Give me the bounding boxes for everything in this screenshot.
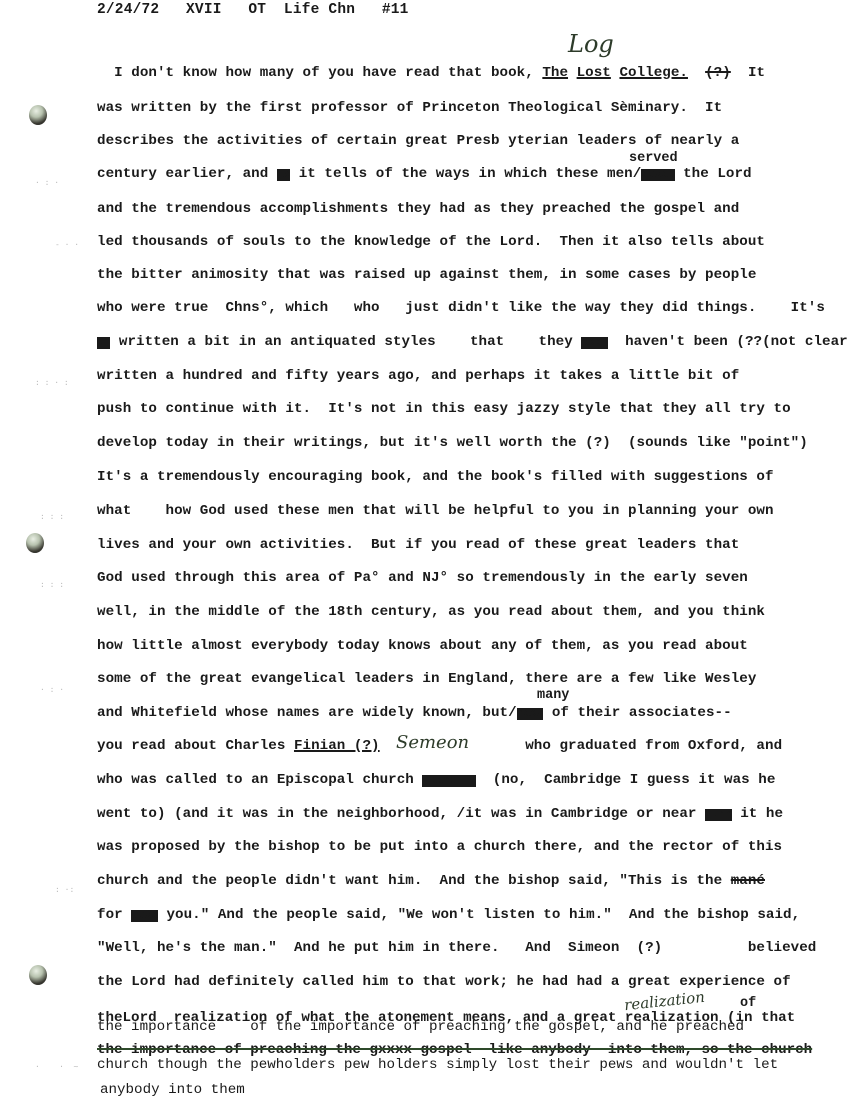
text-line: It's a tremendously encouraging book, an… xyxy=(97,469,774,485)
inserted-many: many xyxy=(537,688,569,703)
text-line: was proposed by the bishop to be put int… xyxy=(97,839,782,855)
overlap-line-d: church though the pewholders pew holders… xyxy=(97,1057,778,1073)
text-line: led thousands of souls to the knowledge … xyxy=(97,234,765,250)
overlap-line-c-struck: the importance of preaching the gxxxx go… xyxy=(97,1042,812,1058)
text-line: describes the activities of certain grea… xyxy=(97,133,739,149)
overlap-line-e: anybody into them xyxy=(100,1082,245,1098)
typed-over-word: xxxxx xyxy=(641,169,674,181)
typed-over-word: ithm xyxy=(705,809,732,821)
margin-speck: : : : xyxy=(40,580,64,589)
text-line: well, in the middle of the 18th century,… xyxy=(97,604,765,620)
typed-over-word: mxxx xyxy=(517,708,544,720)
margin-speck: · : · xyxy=(35,178,59,187)
text-line: push to continue with it. It's not in th… xyxy=(97,401,791,417)
text-line: lives and your own activities. But if yo… xyxy=(97,537,739,553)
inserted-served: served xyxy=(629,151,678,166)
margin-speck: · : · xyxy=(40,685,64,694)
margin-speck: - · · xyxy=(55,240,79,249)
book-title-the: The xyxy=(542,65,568,81)
text-line: how little almost everybody today knows … xyxy=(97,638,748,654)
text-line: what how God used these men that will be… xyxy=(97,503,774,519)
text-line: I don't know how many of you have read t… xyxy=(97,65,765,81)
struck-word: Lost xyxy=(577,65,611,81)
typed-over-word: It xyxy=(97,337,110,349)
text-line: was written by the first professor of Pr… xyxy=(97,100,722,116)
punch-hole-top xyxy=(29,105,47,125)
text-line: who were true Chns°, which who just didn… xyxy=(97,300,825,316)
text-line: It written a bit in an antiquated styles… xyxy=(97,334,847,351)
typed-over-word: yxxx xyxy=(131,910,158,922)
text-line: church and the people didn't want him. A… xyxy=(97,873,765,889)
overlap-line-b: the importance of the importance of prea… xyxy=(97,1019,744,1035)
text-line: for yxxx you." And the people said, "We … xyxy=(97,907,800,924)
struck-word: mané xyxy=(731,873,765,889)
text-line: the Lord had definitely called him to th… xyxy=(97,974,791,990)
book-title-college: College. xyxy=(619,65,688,81)
document-header: 2/24/72 XVII OT Life Chn #11 xyxy=(97,2,409,18)
text-line: and the tremendous accomplishments they … xyxy=(97,201,739,217)
questioned-name: Finian (?) xyxy=(294,738,380,754)
text-line: written a hundred and fifty years ago, a… xyxy=(97,368,739,384)
text-line: "Well, he's the man." And he put him in … xyxy=(97,940,816,956)
punch-hole-bottom xyxy=(29,965,47,985)
margin-speck: : : · : xyxy=(35,378,69,387)
text-line: God used through this area of Pa° and NJ… xyxy=(97,570,748,586)
punch-hole-middle xyxy=(26,533,44,553)
margin-speck: : ·: xyxy=(55,885,74,894)
typed-over-word: (Cambrit xyxy=(422,775,475,787)
text-line: went to) (and it was in the neighborhood… xyxy=(97,806,783,823)
margin-speck: · · ~ xyxy=(35,1062,78,1071)
typed-over-word: kxpp xyxy=(581,337,608,349)
text-line: who was called to an Episcopal church (C… xyxy=(97,772,775,789)
text-line: some of the great evangelical leaders in… xyxy=(97,671,756,687)
text-line: develop today in their writings, but it'… xyxy=(97,435,808,451)
margin-speck: : : : xyxy=(40,512,64,521)
text-line: you read about Charles Finian (?) who gr… xyxy=(97,738,782,754)
typed-over-word: ix xyxy=(277,169,290,181)
struck-question: (?) xyxy=(705,65,731,81)
handwritten-log: Log xyxy=(568,30,614,58)
text-line: century earlier, and ix it tells of the … xyxy=(97,166,752,183)
inserted-of: of xyxy=(740,996,756,1011)
text-line: and Whitefield whose names are widely kn… xyxy=(97,705,732,722)
document-page: · : · - · · : : · : : : : : : : · : · : … xyxy=(0,0,847,1100)
text-line: the bitter animosity that was raised up … xyxy=(97,267,756,283)
